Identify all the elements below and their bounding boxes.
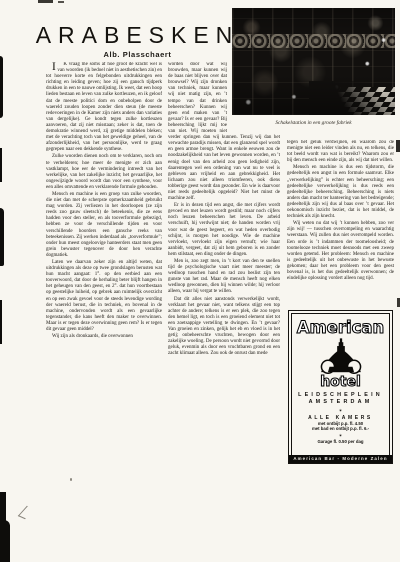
hotel-wordmark-hotel: hotel: [292, 375, 389, 389]
ink-speck: [70, 478, 72, 481]
article-paragraph: Er is in dezen tijd een angst, die met c…: [168, 203, 280, 258]
article-column-1: IK vraag me soms af hoe groot de kracht …: [46, 62, 162, 458]
article-column-2: worden door wat wij brouwden, maar kunne…: [168, 62, 280, 458]
star-separator-icon: ✶: [292, 408, 389, 413]
article-paragraph: Laten we daarvan zeker zijn en altijd we…: [46, 260, 162, 333]
article-paragraph: Zulke woorden dienen noch om te verklare…: [46, 154, 162, 191]
scan-artifact: [0, 148, 2, 182]
article-paragraph: Dat dit alles niet aanstonds verwerkelij…: [168, 297, 280, 358]
ad-location-line1: LEIDSCHEPLEIN: [292, 392, 389, 399]
star-separator-icon: ✶: [292, 433, 389, 438]
article-title: ARABESKEN: [30, 22, 245, 49]
ad-frame: American hotel LEIDSCHEPLEIN AMSTERDAM ✶…: [291, 313, 390, 461]
photo-wrap-spacer: [227, 62, 280, 135]
scan-artifact: [0, 520, 10, 562]
scan-artifact: [0, 300, 2, 344]
pencil-mark: [18, 506, 34, 519]
dropcap-letter: I: [46, 62, 57, 73]
article-paragraph: Mensch en machine is een groep van zulke…: [46, 192, 162, 259]
hotel-wordmark-american: American: [292, 320, 389, 337]
american-hotel-ad: American hotel LEIDSCHEPLEIN AMSTERDAM ✶…: [288, 310, 393, 464]
magazine-page: ARABESKEN Alb. Plasschaert Schakelstatio…: [0, 0, 400, 562]
hotel-building-icon: [318, 338, 364, 374]
article-paragraph: Wij zijn als dronkaards, die overwonnen: [46, 334, 162, 340]
article-column-3: tegen het geluk verdwijnen, en waarom zo…: [287, 140, 394, 310]
paragraph-text: K vraag me soms af hoe groot de kracht w…: [46, 62, 162, 152]
article-paragraph: Wij weten nu dat wij ’t kunnen hebben, z…: [287, 221, 394, 282]
scan-artifact: [396, 140, 400, 152]
scan-artifact: [38, 0, 53, 3]
article-paragraph: IK vraag me soms af hoe groot de kracht …: [46, 62, 162, 153]
article-paragraph: tegen het geluk verdwijnen, en waarom zo…: [287, 140, 394, 164]
ad-footer-bar: American Bar - Moderne Zalen: [289, 455, 392, 463]
ad-garage-rate: Garage fl. 0.50 per dag: [292, 439, 389, 444]
scan-artifact: [0, 208, 4, 266]
scan-artifact: [0, 56, 3, 118]
article-paragraph: Mensch en machine is dus een tijdstorm, …: [287, 165, 394, 220]
article-paragraph: Men is, zoo zegt men, in ’t kort van den…: [168, 259, 280, 296]
ad-location-line2: AMSTERDAM: [292, 399, 389, 406]
scan-artifact: [58, 1, 64, 3]
article-author: Alb. Plasschaert: [30, 50, 245, 59]
ad-rate-bath: met bad en ontbijt p.p. fl. 6.-: [292, 426, 389, 431]
